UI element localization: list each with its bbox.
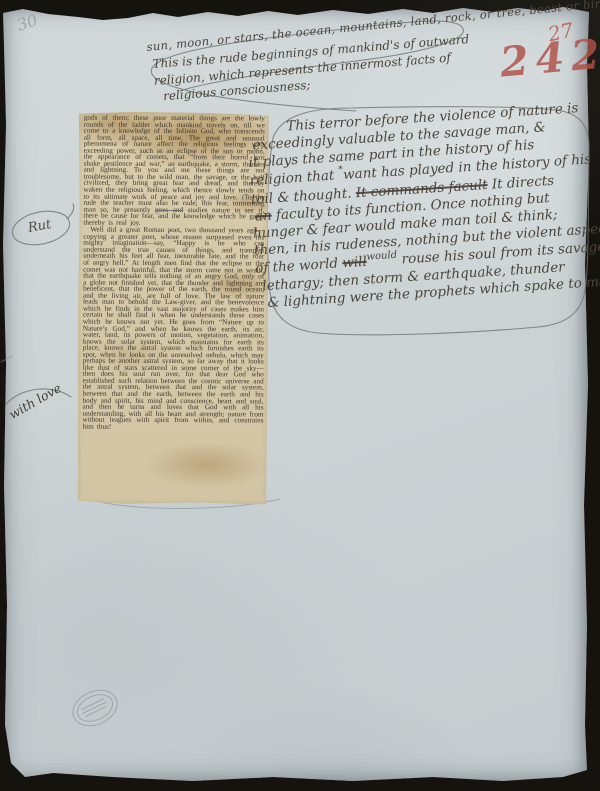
- embossed-stamp: [67, 684, 122, 733]
- margin-note-rut: Rut: [27, 217, 53, 236]
- clipping-p1-text: gods of them; these poor material things…: [83, 114, 264, 201]
- newspaper-clipping: gods of them; these poor material things…: [77, 112, 269, 505]
- right-margin-note: This terror before the violence of natur…: [246, 99, 600, 312]
- struck-word: an: [255, 208, 273, 225]
- clipping-paragraph-2: Well did a great Roman poet, two thousan…: [82, 227, 264, 431]
- margin-note-with-love: with love: [6, 380, 63, 422]
- scanned-manuscript-page: 30 27 242 sun, moon, or stars, the ocean…: [0, 0, 600, 791]
- red-page-number-large: 242: [498, 29, 600, 86]
- pencil-tick-left-edge: [1, 356, 12, 362]
- page-content: 30 27 242 sun, moon, or stars, the ocean…: [0, 0, 600, 791]
- insertion-mark: *: [338, 165, 343, 175]
- clipping-paragraph-1: gods of them; these poor material things…: [83, 115, 264, 227]
- inserted-word: would: [366, 249, 397, 262]
- pencil-circle-rut-tail: [67, 204, 74, 219]
- struck-word: will: [342, 253, 367, 271]
- folio-mark: 30: [15, 10, 40, 34]
